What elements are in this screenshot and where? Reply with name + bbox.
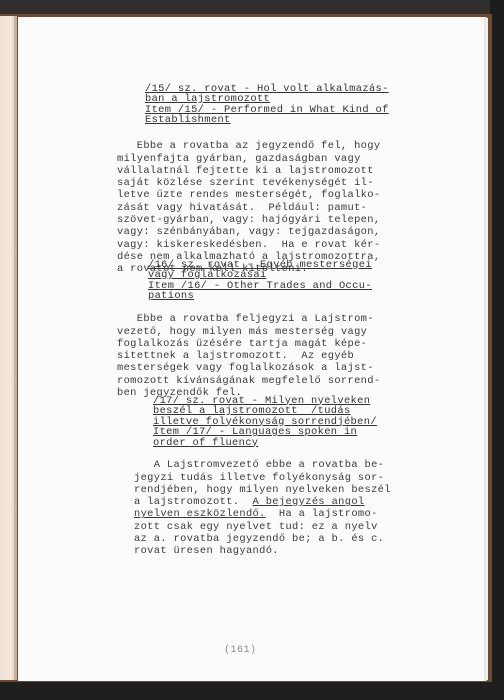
body-line: milyenfajta gyárban, gazdaságban vagy xyxy=(117,153,380,165)
body-line: nyelven eszközlendő. Ha a lajstromo- xyxy=(134,508,391,520)
body-line: letve űzte rendes mesterségét, foglalko- xyxy=(117,189,380,201)
body-line: sitettnek a lajstromozott. Az egyéb xyxy=(117,350,380,362)
section-15-heading: /15/ sz. rovat - Hol volt alkalmazás-ban… xyxy=(145,73,389,136)
binding-edge xyxy=(14,16,17,680)
body-line: rovat üresen hagyandó. xyxy=(134,545,391,557)
body-line: A Lajstromvezető ebbe a rovatba be- xyxy=(134,459,391,471)
body-line: mesterségek vagy foglalkozások a lajst- xyxy=(117,362,380,374)
backdrop-right xyxy=(490,0,504,700)
section-17-body: A Lajstromvezető ebbe a rovatba be-jegyz… xyxy=(134,447,391,570)
body-line: zott csak egy nyelvet tud: ez a nyelv xyxy=(134,521,391,533)
body-line: az a. rovatba jegyzendő be; a b. és c. xyxy=(134,533,391,545)
emphasis-text: nyelven eszközlendő. xyxy=(134,508,266,520)
heading-line: vagy foglalkozásai xyxy=(148,270,372,281)
page-number: (161) xyxy=(224,645,257,656)
heading-line: beszél a lajstromozott /tudás xyxy=(153,406,377,417)
body-line: a lajstromozott. A bejegyzés angol xyxy=(134,496,391,508)
heading-line: pations xyxy=(148,291,372,302)
body-line: szövet-gyárban, vagy: hajógyári telepen, xyxy=(117,214,380,226)
heading-line: Establishment xyxy=(145,115,389,126)
body-line: rendjében, hogy milyen nyelveken beszél xyxy=(134,484,391,496)
body-line: Ebbe a rovatba az jegyzendő fel, hogy xyxy=(117,140,380,152)
heading-line: Item /17/ - Languages spoken in xyxy=(153,427,377,438)
body-line: vagy: szénbányában, vagy: tejgazdaságon, xyxy=(117,226,380,238)
backdrop-bottom xyxy=(0,680,504,700)
body-line: saját közlése szerint tevékenységét il- xyxy=(117,177,380,189)
body-line: vállalatnál fejtette ki a lajstromozott xyxy=(117,165,380,177)
body-line: vezető, hogy milyen más mesterség vagy xyxy=(117,326,380,338)
page-edge xyxy=(484,18,488,680)
body-line: jegyzi tudás illetve folyékonyság sor- xyxy=(134,472,391,484)
emphasis-text: A bejegyzés angol xyxy=(253,496,365,508)
body-line: foglalkozás űzésére tartja magát képe- xyxy=(117,338,380,350)
heading-line: ban a lajstromozott xyxy=(145,94,389,105)
body-line: zását vagy hivatását. Például: pamut- xyxy=(117,202,380,214)
body-line: Ebbe a rovatba feljegyzi a Lajstrom- xyxy=(117,313,380,325)
